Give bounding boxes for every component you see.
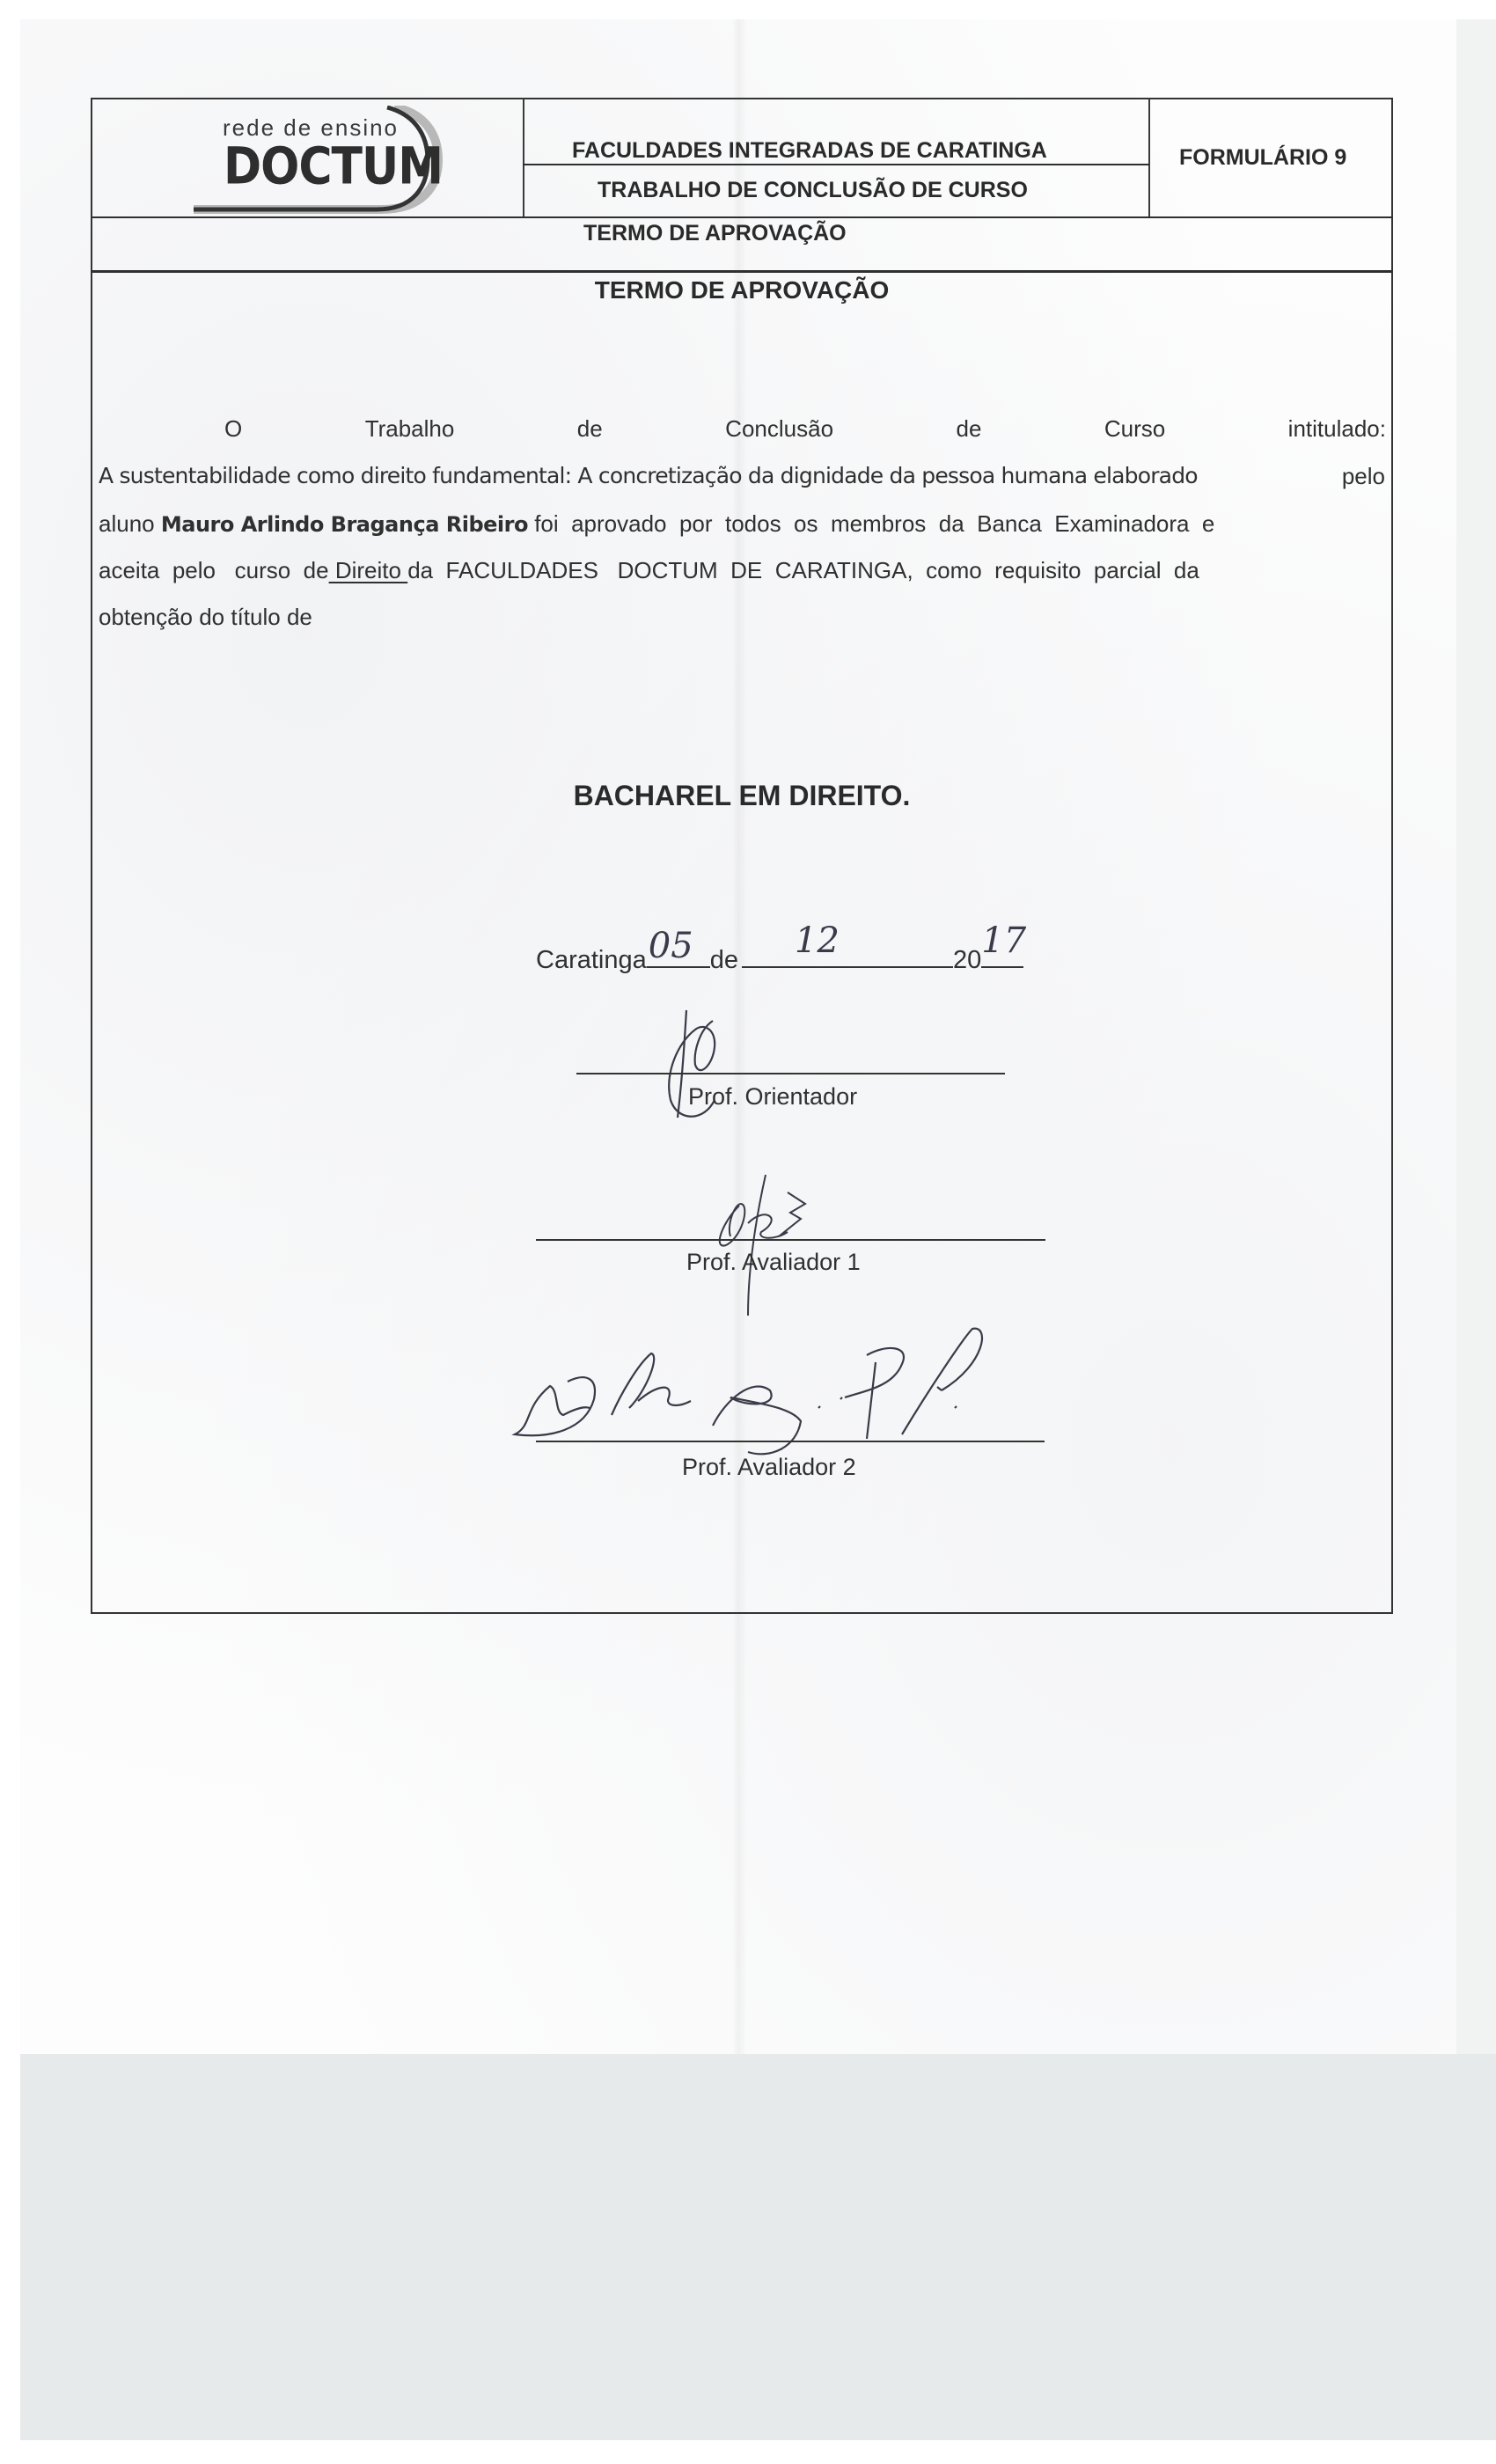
signature-line-avaliador2 bbox=[536, 1441, 1045, 1442]
section-title: TERMO DE APROVAÇÃO bbox=[583, 221, 847, 246]
signature-line-orientador bbox=[576, 1073, 1005, 1074]
intro-word: Curso bbox=[1104, 415, 1165, 443]
thesis-title: A sustentabilidade como direito fundamen… bbox=[99, 463, 1198, 490]
handwritten-day: 05 bbox=[649, 926, 693, 966]
degree-intro-line: obtenção do título de bbox=[99, 604, 1385, 631]
intro-word: de bbox=[577, 415, 603, 443]
year-blank: 17 bbox=[981, 940, 1023, 968]
document-title: TERMO DE APROVAÇÃO bbox=[91, 276, 1393, 304]
signature-orientador-icon bbox=[651, 1003, 783, 1135]
intro-word: Trabalho bbox=[365, 415, 455, 443]
date-century: 20 bbox=[953, 946, 981, 974]
form-id: FORMULÁRIO 9 bbox=[1179, 145, 1346, 171]
intro-line: O Trabalho de Conclusão de Curso intitul… bbox=[224, 415, 1386, 443]
student-line: aluno Mauro Arlindo Bragança Ribeiro foi… bbox=[99, 510, 1385, 538]
signature-label-avaliador2: Prof. Avaliador 2 bbox=[682, 1454, 856, 1481]
header-bottom-divider bbox=[91, 270, 1393, 273]
signature-label-orientador: Prof. Orientador bbox=[688, 1083, 857, 1111]
logo-name: DOCTUM bbox=[224, 137, 443, 196]
course-line: aceita pelo curso de Direito da FACULDAD… bbox=[99, 557, 1385, 584]
intro-word: Conclusão bbox=[725, 415, 833, 443]
month-blank: 12 bbox=[742, 940, 953, 968]
day-blank: 05 bbox=[647, 940, 710, 968]
date-connector: de bbox=[710, 946, 738, 974]
course-name: Direito bbox=[329, 557, 408, 583]
student-name: Mauro Arlindo Bragança Ribeiro bbox=[161, 512, 528, 537]
thesis-tail: pelo bbox=[1342, 463, 1385, 490]
handwritten-month: 12 bbox=[795, 920, 840, 961]
intro-word: intitulado: bbox=[1288, 415, 1386, 443]
intro-word: O bbox=[224, 415, 242, 443]
signature-avaliador2-icon bbox=[497, 1302, 1113, 1461]
intro-word: de bbox=[956, 415, 981, 443]
date-city: Caratinga bbox=[536, 946, 647, 974]
signature-line-avaliador1 bbox=[536, 1239, 1045, 1241]
institution-name: FACULDADES INTEGRADAS DE CARATINGA bbox=[572, 138, 1047, 164]
thesis-title-line: A sustentabilidade como direito fundamen… bbox=[99, 463, 1385, 490]
doctum-logo: rede de ensino DOCTUM bbox=[192, 113, 429, 214]
degree-title: BACHAREL EM DIREITO. bbox=[91, 780, 1393, 812]
scanner-background bbox=[20, 2053, 1496, 2440]
header-divider-middle bbox=[523, 164, 1149, 165]
signature-label-avaliador1: Prof. Avaliador 1 bbox=[686, 1249, 861, 1276]
signature-avaliador1-icon bbox=[704, 1170, 845, 1320]
handwritten-year: 17 bbox=[981, 920, 1026, 961]
header-divider-logo bbox=[523, 98, 524, 217]
course-work-title: TRABALHO DE CONCLUSÃO DE CURSO bbox=[598, 178, 1028, 203]
date-line: Caratinga05de122017 bbox=[536, 940, 1023, 975]
paper-edge bbox=[1456, 19, 1496, 2054]
header-row-divider bbox=[91, 216, 1393, 218]
header-divider-form bbox=[1148, 98, 1150, 217]
